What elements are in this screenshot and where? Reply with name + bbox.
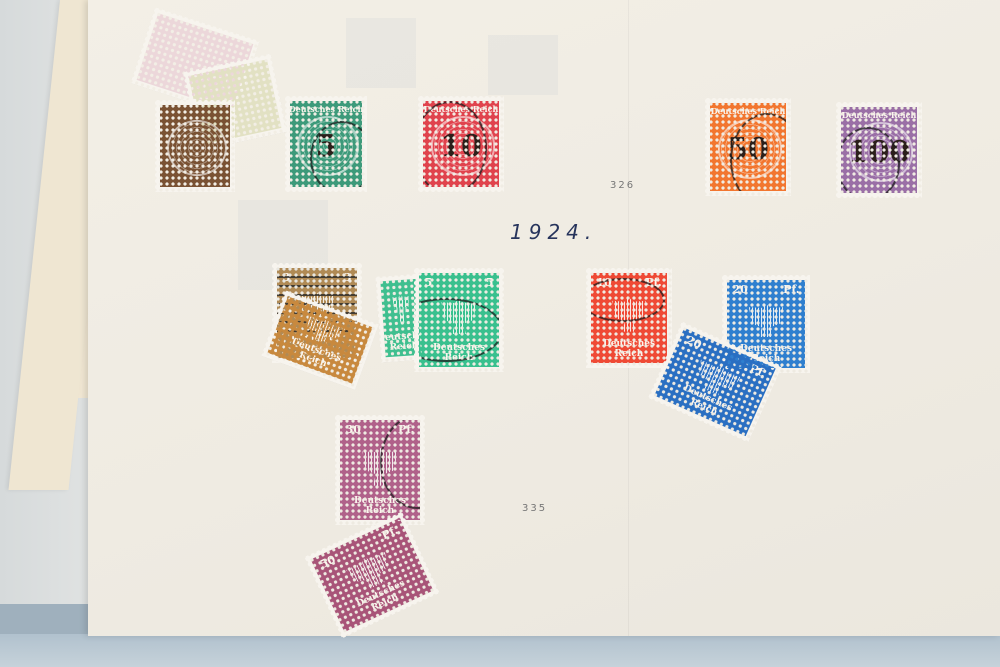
stamp-inscription: DeutschesReich <box>433 344 485 363</box>
catalog-note: 335 <box>522 503 547 514</box>
eagle-icon <box>441 299 476 335</box>
stamp-ghost-mark <box>346 18 416 88</box>
stamp-inscription: Deutsches Reich <box>711 106 786 116</box>
stamp-violet-100-numeral: Deutsches Reich100 <box>836 102 922 198</box>
stamp-currency: Pf. <box>645 276 661 289</box>
eagle-icon <box>392 293 411 323</box>
stamp-denomination: 20 <box>732 283 747 296</box>
stamp-denomination: 20 <box>684 333 703 351</box>
eagle-icon <box>749 304 783 337</box>
album-binder <box>0 604 90 634</box>
stamp-denomination: 10 <box>440 132 482 162</box>
stamp-face: Deutsches Reich5 <box>290 101 362 187</box>
stamp-ghost-mark <box>488 35 558 95</box>
stamp-face: Deutsches Reich10 <box>423 101 499 187</box>
stamp-face: Deutsches Reich50 <box>710 103 786 191</box>
stamp-face: Deutsches Reich100 <box>841 107 917 193</box>
stamp-face: 10Pf.DeutschesReich <box>591 273 667 363</box>
stamp-inscription: Deutsches Reich <box>290 104 362 114</box>
stamp-currency: Pf. <box>748 362 768 381</box>
stamp-face: 30Pf.DeutschesReich <box>340 420 420 520</box>
year-heading: 1924. <box>510 220 597 244</box>
stamp-denomination: 50 <box>318 553 337 571</box>
stamp-face <box>160 105 230 187</box>
numeral-ring-ornament <box>167 120 227 176</box>
catalog-note: 326 <box>610 180 635 191</box>
stamp-denomination: 5 <box>425 276 433 289</box>
stamp-orange-50-numeral: Deutsches Reich50 <box>705 98 791 196</box>
stamp-inscription: Deutsches Reich <box>842 110 917 120</box>
stamp-denomination: 30 <box>346 423 361 436</box>
stamp-inscription: DeutschesReich <box>603 340 655 359</box>
stamp-brown-numeral <box>155 100 235 192</box>
stamp-mauve-30-eagle: 30Pf.DeutschesReich <box>335 415 425 525</box>
stamp-inscription: Deutsches Reich <box>424 104 499 114</box>
stamp-face: 55DeutschesReich <box>419 273 499 367</box>
stamp-currency: 5 <box>486 276 494 289</box>
stamp-green-5-eagle: 55DeutschesReich <box>414 268 504 372</box>
stamp-denomination: 50 <box>727 135 769 165</box>
stamp-currency: Pf. <box>380 524 400 543</box>
stamp-denomination: 10 <box>596 276 611 289</box>
stamp-red-10-numeral: Deutsches Reich10 <box>418 96 504 192</box>
stamp-currency: Pf. <box>783 283 799 296</box>
stamp-denomination: 5 <box>316 132 337 162</box>
stamp-red-10-eagle: 10Pf.DeutschesReich <box>586 268 672 368</box>
stamp-denomination: 100 <box>848 138 911 168</box>
eagle-icon <box>362 448 397 486</box>
stamp-currency: Pf. <box>398 423 414 436</box>
stamp-green-5-numeral: Deutsches Reich5 <box>285 96 367 192</box>
eagle-icon <box>612 297 645 331</box>
